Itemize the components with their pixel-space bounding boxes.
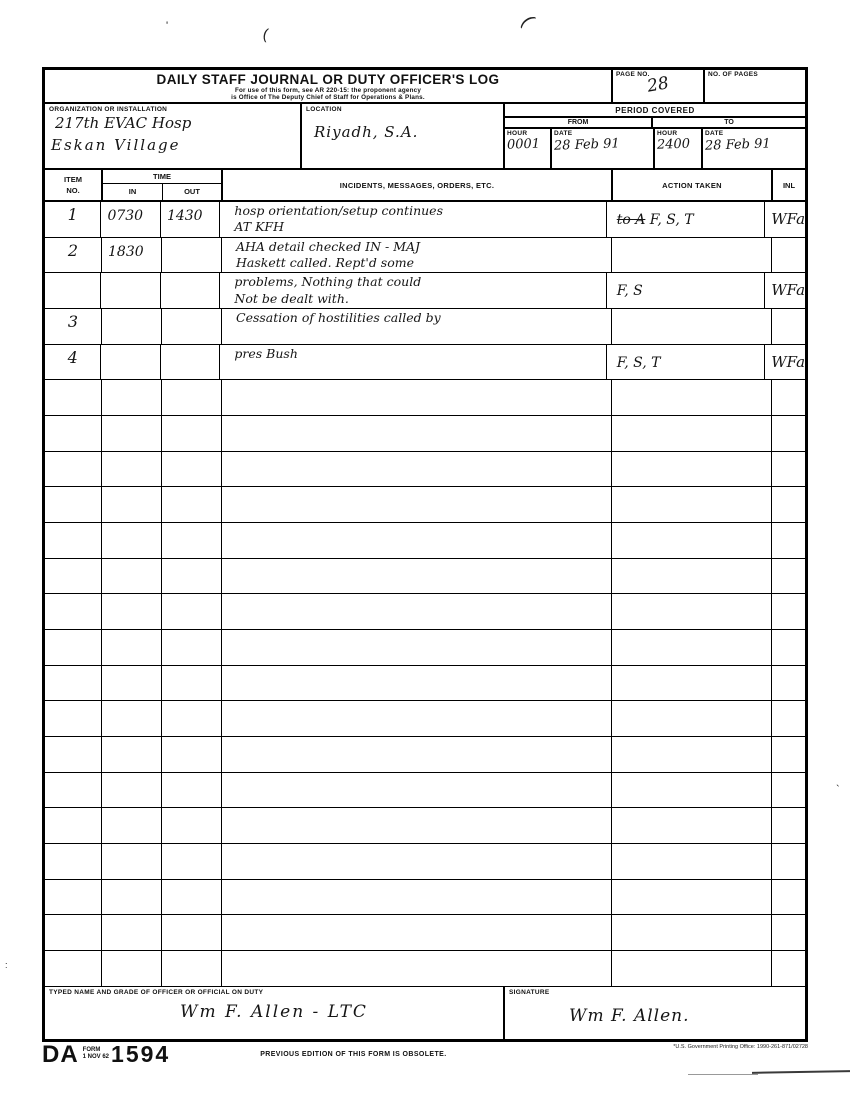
organization-label: ORGANIZATION OR INSTALLATION bbox=[49, 106, 296, 113]
scan-mark: ' bbox=[166, 20, 168, 32]
cell-item-no bbox=[45, 666, 101, 701]
cell-action-taken bbox=[611, 380, 771, 415]
cell-initials bbox=[771, 844, 805, 879]
cell-time-in: 0730 bbox=[100, 202, 159, 237]
cell-action-taken bbox=[611, 666, 771, 701]
cell-time-out bbox=[161, 773, 221, 808]
cell-action-taken bbox=[611, 559, 771, 594]
cell-initials bbox=[771, 309, 805, 344]
cell-item-no bbox=[45, 630, 101, 665]
location-value: Riyadh, S.A. bbox=[314, 123, 499, 141]
table-row[interactable]: 4 pres Bush F, S, T WFa bbox=[45, 345, 805, 381]
cell-action-taken bbox=[611, 452, 771, 487]
cell-time-out bbox=[161, 380, 221, 415]
cell-time-in bbox=[101, 915, 161, 950]
cell-time-in bbox=[101, 487, 161, 522]
cell-action-taken bbox=[611, 238, 771, 273]
cell-time-in bbox=[101, 773, 161, 808]
cell-incidents: Cessation of hostilities called by bbox=[221, 309, 611, 344]
cell-action-taken: F, S, T bbox=[606, 345, 765, 380]
col-header-inl: INL bbox=[771, 170, 805, 200]
cell-initials bbox=[771, 380, 805, 415]
cell-time-in bbox=[101, 452, 161, 487]
cell-initials bbox=[771, 880, 805, 915]
col-header-time-out: OUT bbox=[162, 184, 221, 200]
cell-item-no: 1 bbox=[45, 202, 100, 237]
cell-time-out bbox=[161, 666, 221, 701]
cell-action-taken bbox=[611, 416, 771, 451]
signature-row: TYPED NAME AND GRADE OF OFFICER OR OFFIC… bbox=[45, 987, 805, 1039]
cell-action-taken bbox=[611, 523, 771, 558]
table-row[interactable] bbox=[45, 773, 805, 809]
cell-action-taken bbox=[611, 701, 771, 736]
scan-mark: ( bbox=[261, 26, 269, 44]
cell-incidents bbox=[221, 594, 611, 629]
cell-time-out bbox=[161, 523, 221, 558]
scan-mark: ( bbox=[516, 12, 538, 30]
cell-item-no bbox=[45, 380, 101, 415]
col-header-incidents: INCIDENTS, MESSAGES, ORDERS, ETC. bbox=[221, 170, 611, 200]
cell-time-in bbox=[100, 345, 159, 380]
period-covered-section: PERIOD COVERED FROM TO HOUR 0001 DATE 28… bbox=[503, 104, 805, 168]
incident-line2: Not be dealt with. bbox=[234, 291, 605, 307]
cell-time-out bbox=[161, 915, 221, 950]
cell-action-taken bbox=[611, 915, 771, 950]
cell-item-no bbox=[45, 737, 101, 772]
col-header-time: TIME IN OUT bbox=[101, 170, 221, 200]
cell-action-taken bbox=[611, 487, 771, 522]
cell-time-out bbox=[161, 487, 221, 522]
cell-time-in bbox=[101, 701, 161, 736]
table-row[interactable]: 1 0730 1430 hosp orientation/setup conti… bbox=[45, 202, 805, 238]
cell-incidents: pres Bush bbox=[219, 345, 605, 380]
form-header: DAILY STAFF JOURNAL OR DUTY OFFICER'S LO… bbox=[45, 70, 805, 104]
location-label: LOCATION bbox=[306, 106, 499, 113]
form-title: DAILY STAFF JOURNAL OR DUTY OFFICER'S LO… bbox=[45, 72, 611, 87]
scan-line-artifact bbox=[688, 1074, 758, 1075]
cell-time-out bbox=[161, 559, 221, 594]
cell-time-in bbox=[101, 844, 161, 879]
cell-incidents: problems, Nothing that could Not be deal… bbox=[219, 273, 605, 308]
cell-incidents bbox=[221, 808, 611, 843]
table-row[interactable] bbox=[45, 701, 805, 737]
action-text: F, S, T bbox=[645, 212, 693, 228]
action-strikethrough: to A bbox=[617, 212, 646, 228]
form-number: 1594 bbox=[111, 1041, 170, 1068]
signature-value: Wm F. Allen. bbox=[569, 1006, 801, 1026]
col-header-item-no: ITEM NO. bbox=[45, 170, 101, 200]
table-row[interactable] bbox=[45, 416, 805, 452]
cell-initials bbox=[771, 701, 805, 736]
period-covered-label: PERIOD COVERED bbox=[505, 104, 805, 118]
signature-field[interactable]: SIGNATURE Wm F. Allen. bbox=[503, 987, 805, 1039]
typed-name-value: Wm F. Allen - LTC bbox=[49, 1002, 499, 1022]
cell-action-taken bbox=[611, 630, 771, 665]
cell-item-no bbox=[45, 416, 101, 451]
cell-item-no bbox=[45, 844, 101, 879]
incident-line1: hosp orientation/setup continues bbox=[234, 203, 605, 219]
cell-initials bbox=[771, 559, 805, 594]
cell-item-no bbox=[45, 273, 100, 308]
cell-time-out bbox=[161, 630, 221, 665]
cell-incidents bbox=[221, 523, 611, 558]
action-text: F, S bbox=[617, 283, 643, 299]
cell-initials: WFa bbox=[764, 273, 805, 308]
cell-time-out bbox=[161, 808, 221, 843]
cell-time-in bbox=[101, 630, 161, 665]
incident-line2: AT KFH bbox=[234, 219, 605, 235]
cell-time-in bbox=[101, 523, 161, 558]
cell-item-no bbox=[45, 808, 101, 843]
from-date-value: 28 Feb 91 bbox=[554, 135, 651, 153]
cell-initials bbox=[771, 238, 805, 273]
action-text: F, S, T bbox=[617, 355, 661, 371]
to-date-value: 28 Feb 91 bbox=[705, 135, 803, 153]
signature-label: SIGNATURE bbox=[509, 989, 801, 996]
da-prefix: DA bbox=[42, 1041, 79, 1069]
table-row[interactable] bbox=[45, 951, 805, 987]
cell-item-no bbox=[45, 701, 101, 736]
typed-name-field[interactable]: TYPED NAME AND GRADE OF OFFICER OR OFFIC… bbox=[45, 987, 503, 1039]
cell-time-out bbox=[161, 452, 221, 487]
table-row[interactable] bbox=[45, 487, 805, 523]
form-edition: FORM 1 NOV 62 bbox=[83, 1047, 109, 1060]
form-subtitle-line2: is Office of The Deputy Chief of Staff f… bbox=[45, 94, 611, 101]
cell-time-out bbox=[161, 844, 221, 879]
cell-time-in bbox=[101, 416, 161, 451]
cell-incidents bbox=[221, 559, 611, 594]
no-of-pages-field[interactable]: NO. OF PAGES bbox=[703, 70, 805, 102]
cell-item-no bbox=[45, 559, 101, 594]
cell-initials bbox=[771, 452, 805, 487]
from-date-field[interactable]: DATE 28 Feb 91 bbox=[550, 129, 653, 168]
cell-initials bbox=[771, 666, 805, 701]
form-designation-line: DA FORM 1 NOV 62 1594 PREVIOUS EDITION O… bbox=[42, 1041, 808, 1069]
col-header-action-taken: ACTION TAKEN bbox=[611, 170, 771, 200]
cell-time-in bbox=[101, 880, 161, 915]
cell-time-out bbox=[161, 238, 221, 273]
incident-line1: pres Bush bbox=[234, 346, 605, 362]
time-label: TIME bbox=[103, 170, 221, 184]
table-row[interactable] bbox=[45, 452, 805, 488]
to-hour-field[interactable]: HOUR 2400 bbox=[653, 129, 701, 168]
cell-initials bbox=[771, 737, 805, 772]
cell-incidents bbox=[221, 951, 611, 986]
table-row[interactable] bbox=[45, 844, 805, 880]
incident-line1: AHA detail checked IN - MAJ bbox=[236, 239, 611, 255]
cell-time-in bbox=[101, 594, 161, 629]
table-row[interactable] bbox=[45, 808, 805, 844]
table-row[interactable] bbox=[45, 380, 805, 416]
location-field[interactable]: LOCATION Riyadh, S.A. bbox=[300, 104, 503, 168]
cell-time-out: 1430 bbox=[160, 202, 219, 237]
cell-incidents bbox=[221, 880, 611, 915]
cell-initials: WFa bbox=[764, 202, 805, 237]
cell-action-taken bbox=[611, 594, 771, 629]
table-row[interactable]: problems, Nothing that could Not be deal… bbox=[45, 273, 805, 309]
incident-line2: Haskett called. Rept'd some bbox=[236, 255, 611, 271]
da-form-1594: DAILY STAFF JOURNAL OR DUTY OFFICER'S LO… bbox=[42, 67, 808, 1042]
cell-initials bbox=[771, 808, 805, 843]
table-row[interactable] bbox=[45, 880, 805, 916]
table-row[interactable] bbox=[45, 737, 805, 773]
cell-time-in bbox=[100, 273, 159, 308]
cell-action-taken bbox=[611, 309, 771, 344]
table-row[interactable]: 3 Cessation of hostilities called by bbox=[45, 309, 805, 345]
cell-time-out bbox=[161, 594, 221, 629]
cell-item-no: 4 bbox=[45, 345, 100, 380]
cell-initials bbox=[771, 594, 805, 629]
cell-time-out bbox=[161, 737, 221, 772]
cell-time-in bbox=[101, 559, 161, 594]
cell-item-no bbox=[45, 523, 101, 558]
cell-incidents bbox=[221, 452, 611, 487]
cell-initials: WFa bbox=[764, 345, 805, 380]
to-date-field[interactable]: DATE 28 Feb 91 bbox=[701, 129, 805, 168]
from-hour-field[interactable]: HOUR 0001 bbox=[505, 129, 550, 168]
cell-incidents bbox=[221, 416, 611, 451]
cell-incidents bbox=[221, 666, 611, 701]
cell-time-in bbox=[101, 951, 161, 986]
cell-item-no bbox=[45, 915, 101, 950]
cell-item-no bbox=[45, 880, 101, 915]
cell-initials bbox=[771, 523, 805, 558]
cell-time-out bbox=[160, 345, 219, 380]
cell-incidents bbox=[221, 737, 611, 772]
obsolete-note: PREVIOUS EDITION OF THIS FORM IS OBSOLET… bbox=[260, 1051, 446, 1058]
cell-item-no bbox=[45, 594, 101, 629]
organization-field[interactable]: ORGANIZATION OR INSTALLATION 217th EVAC … bbox=[45, 104, 300, 168]
cell-incidents bbox=[221, 487, 611, 522]
cell-time-in bbox=[101, 309, 161, 344]
to-label: TO bbox=[653, 118, 805, 127]
no-of-pages-label: NO. OF PAGES bbox=[708, 71, 802, 78]
table-row[interactable] bbox=[45, 594, 805, 630]
cell-incidents: AHA detail checked IN - MAJ Haskett call… bbox=[221, 238, 611, 273]
cell-time-in bbox=[101, 737, 161, 772]
cell-initials bbox=[771, 487, 805, 522]
form-subtitle-line1: For use of this form, see AR 220-15: the… bbox=[45, 87, 611, 94]
cell-time-out bbox=[161, 951, 221, 986]
table-row[interactable] bbox=[45, 630, 805, 666]
gpo-note: *U.S. Government Printing Office: 1990-2… bbox=[673, 1044, 808, 1050]
to-hour-value: 2400 bbox=[657, 136, 699, 152]
scan-mark: ` bbox=[836, 784, 840, 796]
from-hour-value: 0001 bbox=[507, 136, 548, 152]
cell-time-in bbox=[101, 666, 161, 701]
cell-action-taken bbox=[611, 880, 771, 915]
typed-name-label: TYPED NAME AND GRADE OF OFFICER OR OFFIC… bbox=[49, 989, 499, 996]
table-row[interactable]: 2 1830 AHA detail checked IN - MAJ Haske… bbox=[45, 238, 805, 274]
cell-action-taken bbox=[611, 808, 771, 843]
log-table-header: ITEM NO. TIME IN OUT INCIDENTS, MESSAGES… bbox=[45, 170, 805, 202]
cell-time-in: 1830 bbox=[101, 238, 161, 273]
cell-item-no: 2 bbox=[45, 238, 101, 273]
cell-initials bbox=[771, 416, 805, 451]
cell-action-taken: F, S bbox=[606, 273, 765, 308]
cell-time-in bbox=[101, 808, 161, 843]
cell-item-no bbox=[45, 773, 101, 808]
cell-time-in bbox=[101, 380, 161, 415]
cell-action-taken bbox=[611, 773, 771, 808]
cell-time-out bbox=[161, 880, 221, 915]
cell-action-taken: to A F, S, T bbox=[606, 202, 765, 237]
table-row[interactable] bbox=[45, 523, 805, 559]
log-table-body: 1 0730 1430 hosp orientation/setup conti… bbox=[45, 202, 805, 987]
cell-initials bbox=[771, 951, 805, 986]
cell-time-out bbox=[161, 309, 221, 344]
col-header-time-in: IN bbox=[103, 184, 162, 200]
organization-value-line2: Eskan Village bbox=[51, 136, 296, 154]
cell-incidents bbox=[221, 701, 611, 736]
cell-time-out bbox=[161, 416, 221, 451]
cell-item-no bbox=[45, 487, 101, 522]
cell-incidents: hosp orientation/setup continues AT KFH bbox=[219, 202, 605, 237]
cell-action-taken bbox=[611, 844, 771, 879]
cell-action-taken bbox=[611, 951, 771, 986]
page-no-field[interactable]: PAGE NO. 28 bbox=[611, 70, 703, 102]
cell-incidents bbox=[221, 844, 611, 879]
incident-line1: Cessation of hostilities called by bbox=[236, 310, 611, 326]
table-row[interactable] bbox=[45, 915, 805, 951]
cell-incidents bbox=[221, 915, 611, 950]
cell-time-out bbox=[160, 273, 219, 308]
scan-mark: : bbox=[5, 960, 8, 970]
cell-initials bbox=[771, 773, 805, 808]
from-label: FROM bbox=[505, 118, 653, 127]
organization-value-line1: 217th EVAC Hosp bbox=[55, 114, 296, 132]
incident-line1: problems, Nothing that could bbox=[234, 274, 605, 290]
cell-incidents bbox=[221, 773, 611, 808]
cell-initials bbox=[771, 915, 805, 950]
cell-item-no bbox=[45, 951, 101, 986]
cell-time-out bbox=[161, 701, 221, 736]
cell-incidents bbox=[221, 630, 611, 665]
info-row: ORGANIZATION OR INSTALLATION 217th EVAC … bbox=[45, 104, 805, 170]
cell-action-taken bbox=[611, 737, 771, 772]
cell-initials bbox=[771, 630, 805, 665]
table-row[interactable] bbox=[45, 666, 805, 702]
table-row[interactable] bbox=[45, 559, 805, 595]
cell-item-no: 3 bbox=[45, 309, 101, 344]
scan-line-artifact bbox=[752, 1070, 850, 1074]
cell-item-no bbox=[45, 452, 101, 487]
title-block: DAILY STAFF JOURNAL OR DUTY OFFICER'S LO… bbox=[45, 70, 611, 102]
cell-incidents bbox=[221, 380, 611, 415]
